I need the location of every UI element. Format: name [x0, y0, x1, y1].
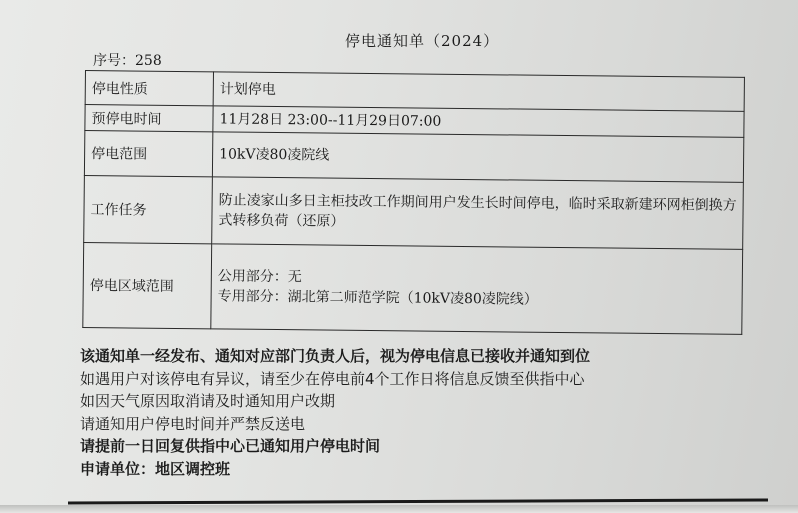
notice-table: 停电性质 计划停电 预停电时间 11月28日 23:00--11月29日07:0…	[82, 70, 745, 335]
paper-bottom-shadow	[0, 505, 798, 513]
applicant-unit: 申请单位：地区调控班	[80, 458, 590, 481]
row-value: 计划停电	[213, 72, 744, 112]
document-title: 停电通知单（2024）	[345, 30, 499, 51]
row-label: 停电性质	[85, 71, 213, 106]
note-line: 请通知用户停电时间并严禁反送电	[80, 413, 590, 436]
row-label: 停电区域范围	[83, 242, 212, 328]
serial-number: 序号：258	[93, 50, 162, 70]
table-row-scope: 停电范围 10kV凌80凌院线	[84, 131, 743, 183]
row-label: 工作任务	[84, 175, 213, 243]
area-private: 专用部分：湖北第二师范学院（10kV凌80凌院线）	[218, 286, 736, 311]
note-line: 请提前一日回复供指中心已通知用户停电时间	[80, 435, 590, 458]
notes-section: 该通知单一经发布、通知对应部门负责人后，视为停电信息已接收并通知到位 如遇用户对…	[80, 345, 590, 480]
note-line: 如因天气原因取消请及时通知用户改期	[80, 390, 590, 413]
row-value: 防止凌家山多日主柜技改工作期间用户发生长时间停电，临时采取新建环网柜倒换方式转移…	[212, 177, 744, 250]
row-value: 10kV凌80凌院线	[212, 132, 743, 183]
row-value: 公用部分：无 专用部分：湖北第二师范学院（10kV凌80凌院线）	[211, 244, 743, 335]
paper-edge-divider	[68, 498, 768, 504]
row-label: 停电范围	[84, 131, 212, 177]
row-label: 预停电时间	[85, 105, 213, 132]
note-line: 该通知单一经发布、通知对应部门负责人后，视为停电信息已接收并通知到位	[80, 345, 590, 368]
note-line: 如遇用户对该停电有异议，请至少在停电前4个工作日将信息反馈至供指中心	[80, 368, 590, 391]
table-row-area: 停电区域范围 公用部分：无 专用部分：湖北第二师范学院（10kV凌80凌院线）	[83, 242, 743, 334]
table-row-task: 工作任务 防止凌家山多日主柜技改工作期间用户发生长时间停电，临时采取新建环网柜倒…	[84, 175, 744, 249]
